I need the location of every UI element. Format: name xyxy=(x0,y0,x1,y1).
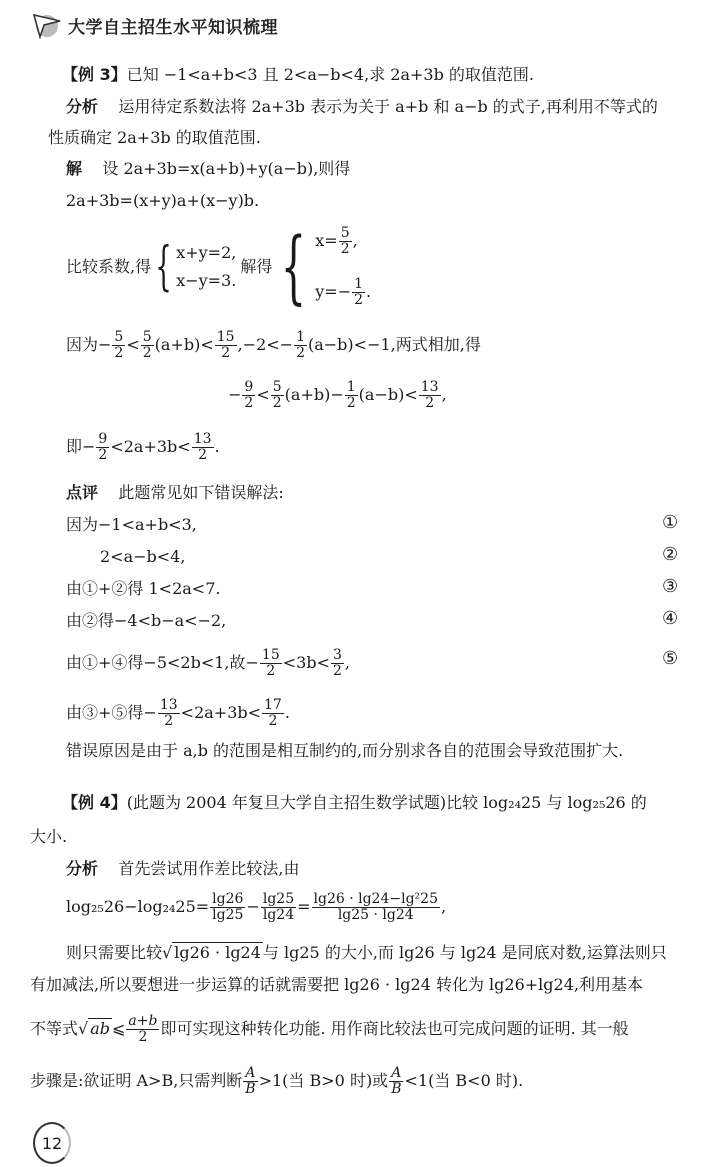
system2: x=52, y=−12. xyxy=(315,226,371,308)
example3-label: 【例 3】 xyxy=(62,65,127,84)
wrong-step-5: 由①+④得−5<2b<1,故−152<3b<32, xyxy=(66,648,350,679)
wrong-step-2: 2<a−b<4, xyxy=(100,546,185,568)
coefficient-systems: 比较系数,得 { x+y=2, x−y=3. 解得 { x=52, y=−12. xyxy=(66,222,371,312)
paragraph-3: 不等式√ab⩽a+b2即可实现这种转化功能. 用作商比较法也可完成问题的证明. … xyxy=(30,1014,629,1045)
error-reason: 错误原因是由于 a,b 的范围是相互制约的,而分别求各自的范围会导致范围扩大. xyxy=(66,740,623,762)
comment: 点评 此题常见如下错误解法: xyxy=(66,482,284,504)
example4-problem: 【例 4】(此题为 2004 年复旦大学自主招生数学试题)比较 log₂₄25 … xyxy=(62,792,647,814)
equation-marker-2: ② xyxy=(662,544,678,565)
example3-analysis: 分析 运用待定系数法将 2a+3b 表示为关于 a+b 和 a−b 的式子,再利… xyxy=(66,96,658,118)
wrong-step-4: 由②得−4<b−a<−2, xyxy=(66,610,226,632)
equation-marker-5: ⑤ xyxy=(662,648,678,669)
page-number: 12 xyxy=(33,1122,71,1164)
log-difference-formula: log₂₅26−log₂₄25=lg26lg25−lg25lg24=lg26 ·… xyxy=(66,892,446,923)
sum-line: −92<52(a+b)−12(a−b)<132, xyxy=(228,380,447,411)
paragraph-1: 则只需要比较√lg26 · lg24与 lg25 的大小,而 lg26 与 lg… xyxy=(66,942,667,964)
left-brace: { xyxy=(155,241,172,293)
because-line: 因为−52<52(a+b)<152,−2<−12(a−b)<−1,两式相加,得 xyxy=(66,330,481,361)
running-header: 大学自主招生水平知识梳理 xyxy=(32,10,278,40)
solution-line1: 解 设 2a+3b=x(a+b)+y(a−b),则得 xyxy=(66,158,350,180)
equation-marker-3: ③ xyxy=(662,576,678,597)
result-line: 即−92<2a+3b<132. xyxy=(66,432,220,463)
paper-plane-logo-icon xyxy=(32,11,62,39)
example4-analysis: 分析 首先尝试用作差比较法,由 xyxy=(66,858,299,880)
example3-problem: 【例 3】已知 −1<a+b<3 且 2<a−b<4,求 2a+3b 的取值范围… xyxy=(62,64,534,86)
paragraph-4: 步骤是:欲证明 A>B,只需判断AB>1(当 B>0 时)或AB<1(当 B<0… xyxy=(30,1066,523,1097)
left-brace: { xyxy=(281,241,306,293)
example3-analysis-cont: 性质确定 2a+3b 的取值范围. xyxy=(48,127,261,149)
example4-problem-cont: 大小. xyxy=(30,826,67,848)
book-title: 大学自主招生水平知识梳理 xyxy=(68,13,278,38)
solution-line2: 2a+3b=(x+y)a+(x−y)b. xyxy=(66,190,259,212)
paragraph-2: 有加减法,所以要想进一步运算的话就需要把 lg26 · lg24 转化为 lg2… xyxy=(30,974,643,996)
system1: x+y=2, x−y=3. xyxy=(176,242,236,292)
equation-marker-4: ④ xyxy=(662,608,678,629)
wrong-step-1: 因为−1<a+b<3, xyxy=(66,514,197,536)
wrong-step-3: 由①+②得 1<2a<7. xyxy=(66,578,220,600)
wrong-step-6: 由③+⑤得−132<2a+3b<172. xyxy=(66,698,290,729)
equation-marker-1: ① xyxy=(662,512,678,533)
